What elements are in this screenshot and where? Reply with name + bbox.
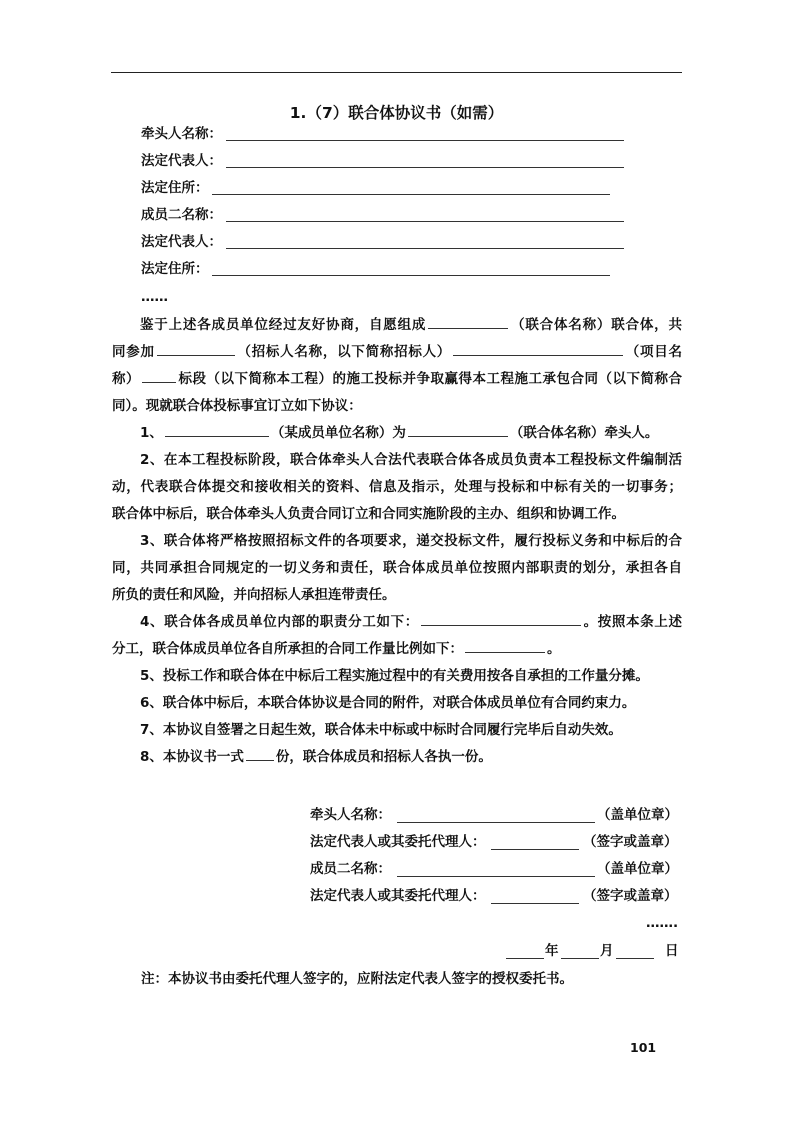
lead-name-field[interactable] [226, 140, 624, 141]
tenderer-name-blank[interactable] [157, 341, 235, 356]
sig-lead-name-field[interactable] [397, 822, 595, 823]
ellipsis: …… [141, 288, 168, 306]
clause-5: 5、投标工作和联合体在中标后工程实施过程中的有关费用按各自承担的工作量分摊。 [112, 663, 682, 690]
sig-lead-rep-label: 法定代表人或其委托代理人： [310, 833, 486, 851]
copies-blank[interactable] [246, 746, 274, 761]
year-label: 年 [545, 942, 559, 960]
member2-address-field[interactable] [212, 275, 610, 276]
lead-name-label: 牵头人名称： [141, 125, 222, 143]
lead-legal-rep-label: 法定代表人： [141, 152, 222, 170]
sig-lead-name-label: 牵头人名称： [310, 806, 391, 824]
consortium-name-blank-2[interactable] [408, 422, 508, 437]
project-name-blank[interactable] [453, 341, 623, 356]
member2-legal-rep-label: 法定代表人： [141, 233, 222, 251]
member-unit-blank[interactable] [165, 422, 269, 437]
consortium-name-blank[interactable] [428, 314, 508, 329]
year-field[interactable] [506, 958, 544, 959]
clause-3-line-2: 同，共同承担合同规定的一切义务和责任，联合体成员单位按照内部职责的划分，承担各自 [112, 555, 682, 582]
preamble-line-4: 同）。现就联合体投标事宜订立如下协议： [112, 393, 682, 420]
clause-7: 7、本协议自签署之日起生效，联合体未中标或中标时合同履行完毕后自动失效。 [112, 717, 682, 744]
clause-2-line-2: 动，代表联合体提交和接收相关的资料、信息及指示，处理与投标和中标有关的一切事务； [112, 474, 682, 501]
workload-ratio-blank[interactable] [465, 638, 545, 653]
duty-division-blank[interactable] [421, 611, 581, 626]
sig-member2-rep-label: 法定代表人或其委托代理人： [310, 887, 486, 905]
clause-4-line-1: 4、联合体各成员单位内部的职责分工如下：。按照本条上述 [112, 609, 682, 636]
page-number: 101 [630, 1040, 656, 1055]
preamble-line-3: 称）标段（以下简称本工程）的施工投标并争取赢得本工程施工承包合同（以下简称合 [112, 366, 682, 393]
document-title: 1.（7）联合体协议书（如需） [0, 104, 793, 122]
footnote: 注：本协议书由委托代理人签字的，应附法定代表人签字的授权委托书。 [141, 970, 573, 988]
clause-8: 8、本协议书一式份，联合体成员和招标人各执一份。 [112, 744, 682, 771]
member2-name-label: 成员二名称： [141, 206, 222, 224]
sig-member2-rep-field[interactable] [491, 903, 579, 904]
member2-legal-rep-field[interactable] [226, 248, 624, 249]
clause-2-line-3: 联合体中标后，联合体牵头人负责合同订立和合同实施阶段的主办、组织和协调工作。 [112, 501, 682, 528]
clause-1: 1、（某成员单位名称）为（联合体名称）牵头人。 [112, 420, 682, 447]
signature-ellipsis: ……. [646, 914, 678, 932]
sig-member2-name-label: 成员二名称： [310, 860, 391, 878]
clause-6: 6、联合体中标后，本联合体协议是合同的附件，对联合体成员单位有合同约束力。 [112, 690, 682, 717]
sig-lead-rep-field[interactable] [491, 849, 579, 850]
sig-member2-name-suffix: （盖单位章） [597, 860, 678, 878]
sig-member2-rep-suffix: （签字或盖章） [583, 887, 678, 905]
preamble-line-2: 同参加（招标人名称，以下简称招标人）（项目名 [112, 339, 682, 366]
sig-member2-name-field[interactable] [397, 876, 595, 877]
header-rule [111, 72, 682, 73]
sig-lead-rep-suffix: （签字或盖章） [583, 833, 678, 851]
section-blank[interactable] [142, 368, 176, 383]
month-field[interactable] [561, 958, 599, 959]
clause-3-line-1: 3、联合体将严格按照招标文件的各项要求，递交投标文件，履行投标义务和中标后的合 [112, 528, 682, 555]
month-label: 月 [600, 942, 614, 960]
day-field[interactable] [616, 958, 654, 959]
preamble-line-1: 鉴于上述各成员单位经过友好协商，自愿组成（联合体名称）联合体，共 [112, 312, 682, 339]
clause-2-line-1: 2、在本工程投标阶段，联合体牵头人合法代表联合体各成员负责本工程投标文件编制活 [112, 447, 682, 474]
day-label: 日 [665, 942, 679, 960]
lead-legal-rep-field[interactable] [226, 167, 624, 168]
clause-4-line-2: 分工，联合体成员单位各自所承担的合同工作量比例如下：。 [112, 636, 682, 663]
clause-3-line-3: 所负的责任和风险，并向招标人承担连带责任。 [112, 582, 682, 609]
member2-address-label: 法定住所： [141, 260, 209, 278]
sig-lead-name-suffix: （盖单位章） [597, 806, 678, 824]
lead-address-label: 法定住所： [141, 179, 209, 197]
lead-address-field[interactable] [212, 194, 610, 195]
member2-name-field[interactable] [226, 221, 624, 222]
agreement-body: 鉴于上述各成员单位经过友好协商，自愿组成（联合体名称）联合体，共 同参加（招标人… [112, 312, 682, 771]
